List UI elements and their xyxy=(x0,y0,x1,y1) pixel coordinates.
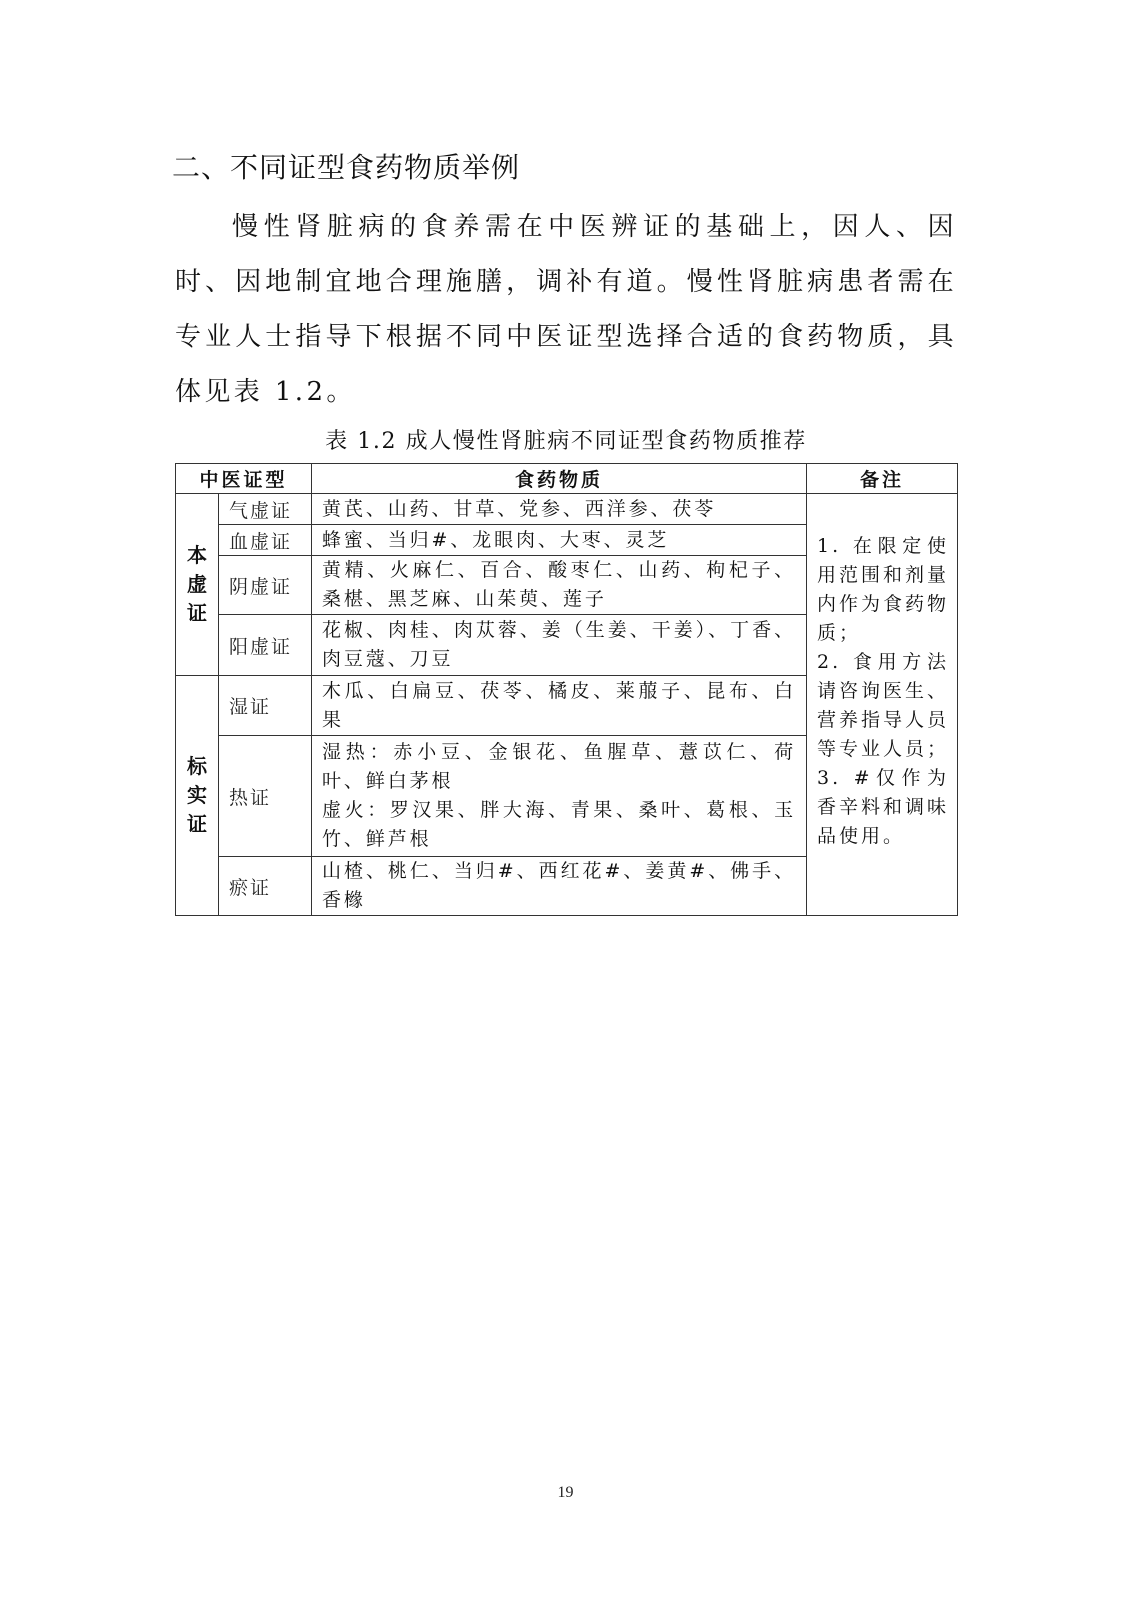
remark-item: 2. 食用方法请咨询医生、营养指导人员等专业人员； xyxy=(817,648,949,764)
intro-paragraph: 慢性肾脏病的食养需在中医辨证的基础上，因人、因时、因地制宜地合理施膳，调补有道。… xyxy=(175,200,957,420)
food-list: 黄芪、山药、甘草、党参、西洋参、茯苓 xyxy=(312,494,807,525)
food-list: 花椒、肉桂、肉苁蓉、姜（生姜、干姜）、丁香、肉豆蔻、刀豆 xyxy=(312,615,807,676)
group-label-char: 证 xyxy=(176,599,218,628)
food-medicine-table: 中医证型 食药物质 备注 本 虚 证 气虚证 黄芪、山药、甘草、党参、西洋参、茯… xyxy=(175,463,958,916)
table-caption: 表 1.2 成人慢性肾脏病不同证型食药物质推荐 xyxy=(175,425,957,459)
group-label-char: 标 xyxy=(176,752,218,781)
header-remarks: 备注 xyxy=(807,464,958,494)
syndrome-type: 血虚证 xyxy=(219,525,312,556)
section-heading: 二、不同证型食药物质举例 xyxy=(172,148,520,188)
remark-item: 1. 在限定使用范围和剂量内作为食药物质； xyxy=(817,532,949,648)
food-list: 黄精、火麻仁、百合、酸枣仁、山药、枸杞子、桑椹、黑芝麻、山茱萸、莲子 xyxy=(312,556,807,615)
food-list: 木瓜、白扁豆、茯苓、橘皮、莱菔子、昆布、白果 xyxy=(312,676,807,736)
food-list-deficient-fire: 虚火：罗汉果、胖大海、青果、桑叶、葛根、玉竹、鲜芦根 xyxy=(322,796,796,854)
group-excess: 标 实 证 xyxy=(176,676,219,916)
header-foods: 食药物质 xyxy=(312,464,807,494)
food-list-damp-heat: 湿热：赤小豆、金银花、鱼腥草、薏苡仁、荷叶、鲜白茅根 xyxy=(322,738,796,796)
remark-item: 3. #仅作为香辛料和调味品使用。 xyxy=(817,764,949,851)
remarks-cell: 1. 在限定使用范围和剂量内作为食药物质； 2. 食用方法请咨询医生、营养指导人… xyxy=(807,494,958,916)
syndrome-type: 阴虚证 xyxy=(219,556,312,615)
food-list: 山楂、桃仁、当归#、西红花#、姜黄#、佛手、香橼 xyxy=(312,857,807,916)
group-deficiency: 本 虚 证 xyxy=(176,494,219,676)
page-number: 19 xyxy=(0,1484,1131,1502)
syndrome-type: 湿证 xyxy=(219,676,312,736)
food-list: 湿热：赤小豆、金银花、鱼腥草、薏苡仁、荷叶、鲜白茅根 虚火：罗汉果、胖大海、青果… xyxy=(312,736,807,857)
table-row: 本 虚 证 气虚证 黄芪、山药、甘草、党参、西洋参、茯苓 1. 在限定使用范围和… xyxy=(176,494,958,525)
food-list: 蜂蜜、当归#、龙眼肉、大枣、灵芝 xyxy=(312,525,807,556)
group-label-char: 虚 xyxy=(176,570,218,599)
group-label-char: 证 xyxy=(176,810,218,839)
syndrome-type: 瘀证 xyxy=(219,857,312,916)
syndrome-type: 阳虚证 xyxy=(219,615,312,676)
group-label-char: 实 xyxy=(176,781,218,810)
table-header-row: 中医证型 食药物质 备注 xyxy=(176,464,958,494)
syndrome-type: 气虚证 xyxy=(219,494,312,525)
group-label-char: 本 xyxy=(176,541,218,570)
syndrome-type: 热证 xyxy=(219,736,312,857)
header-syndrome: 中医证型 xyxy=(176,464,312,494)
